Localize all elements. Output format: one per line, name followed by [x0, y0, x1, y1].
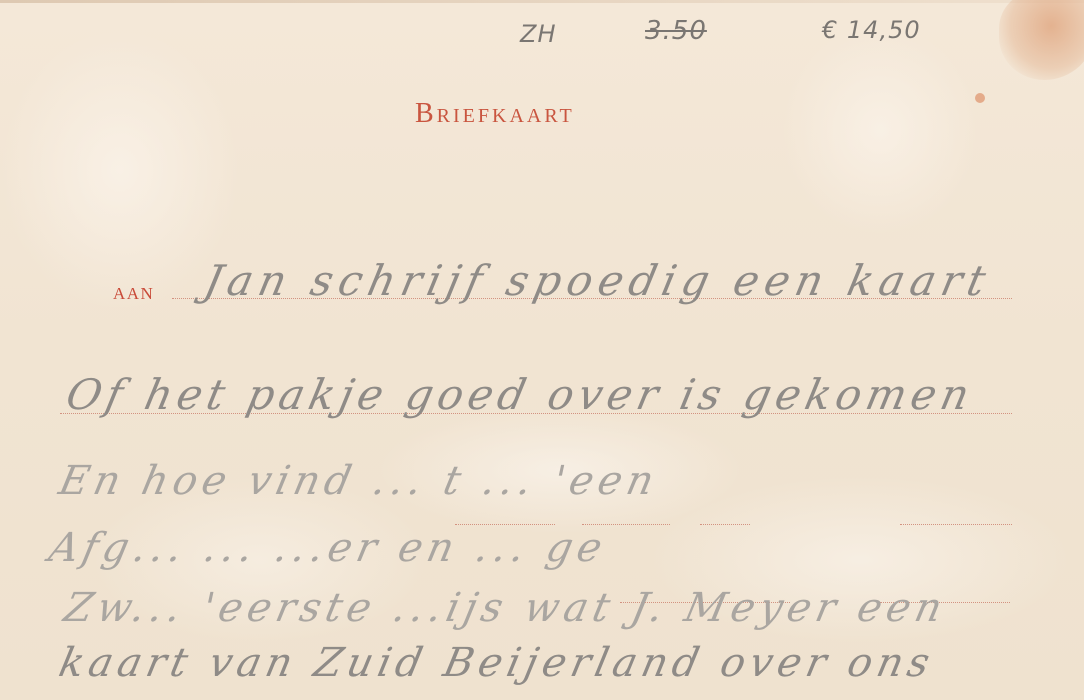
paper-edge — [0, 0, 1084, 3]
address-label: AAN — [113, 284, 154, 304]
handwriting-line-4: Afg... ... ...er en ... ge — [45, 525, 611, 571]
pencil-old-price: 3.50 — [645, 16, 707, 46]
handwriting-line-3: En hoe vind ... t ... 'een — [55, 458, 663, 504]
postcard: ZH 3.50 € 14,50 Briefkaart AAN Jan schri… — [0, 0, 1084, 700]
address-line-3c — [700, 524, 750, 525]
handwriting-line-6: kaart van Zuid Beijerland over ons — [55, 640, 939, 686]
stain-spot — [975, 93, 985, 103]
pencil-ref-code: ZH — [520, 20, 557, 48]
address-line-3d — [900, 524, 1012, 525]
card-title: Briefkaart — [415, 98, 575, 130]
corner-stain — [999, 0, 1084, 80]
handwriting-line-1: Jan schrijf spoedig een kaart — [200, 256, 996, 305]
pencil-new-price: € 14,50 — [822, 16, 921, 44]
handwriting-line-5: Zw... 'eerste ...ijs wat J. Meyer een — [60, 585, 951, 631]
handwriting-line-2: Of het pakje goed over is gekomen — [62, 370, 979, 419]
